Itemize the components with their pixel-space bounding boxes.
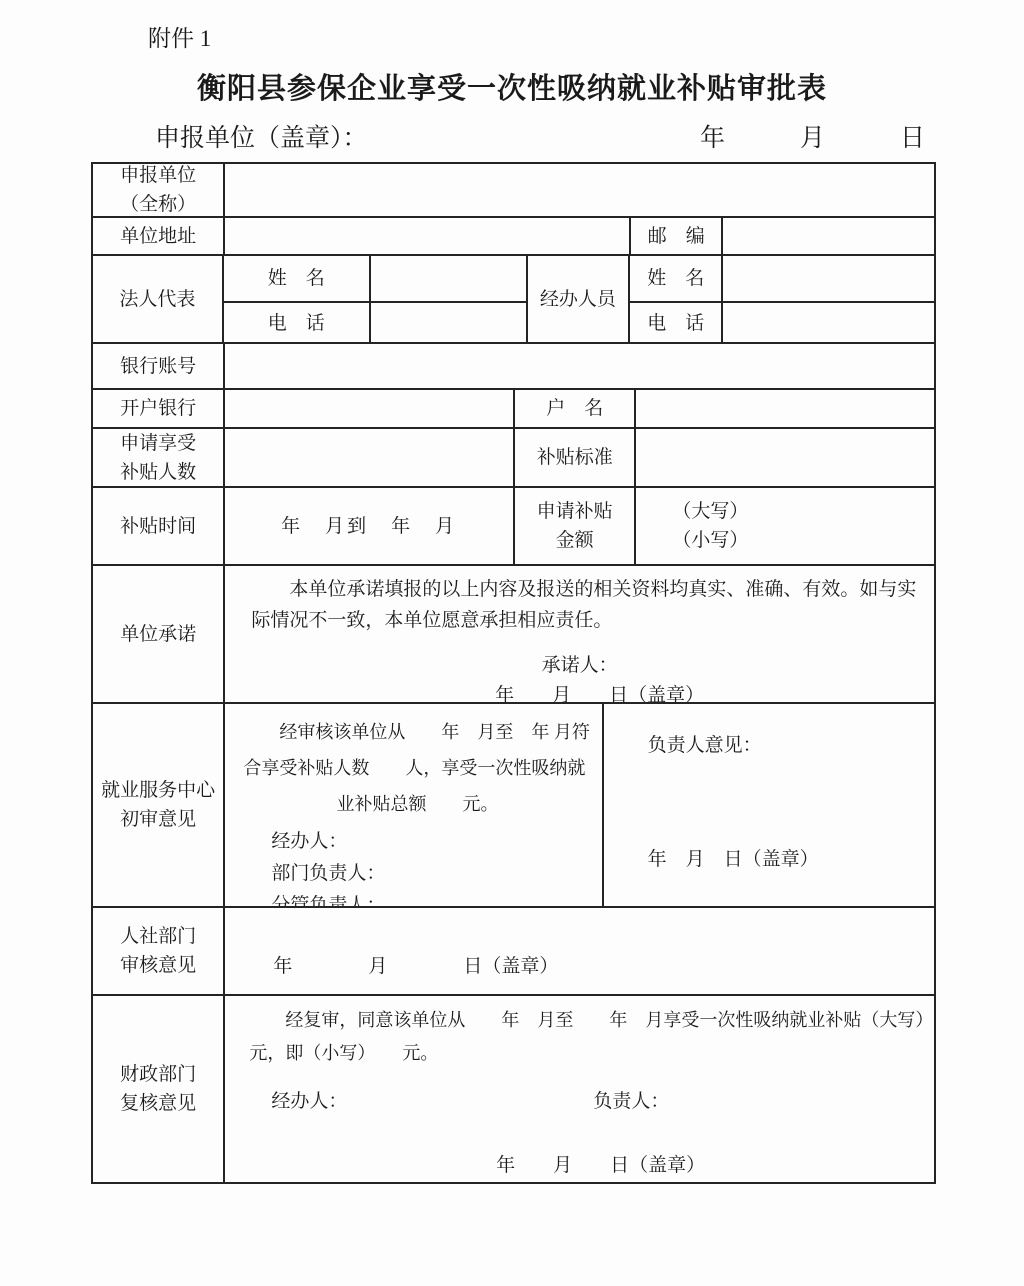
initial-review-opinion-cell: 负责人意见： 年 月 日（盖章） xyxy=(602,704,934,906)
finance-review-date-line: 年 月 日（盖章） xyxy=(225,1150,934,1177)
apply-amount-label-line2: 金额 xyxy=(537,526,613,555)
finance-dept-label-line2: 复核意见 xyxy=(120,1089,196,1118)
legal-rep-name-label: 姓 名 xyxy=(224,256,369,301)
legal-rep-label: 法人代表 xyxy=(93,256,222,342)
row-unit-promise: 单位承诺 本单位承诺填报的以上内容及报送的相关资料均真实、准确、有效。如与实 际… xyxy=(93,564,934,702)
finance-dept-label-line1: 财政部门 xyxy=(120,1060,196,1089)
apply-amount-input-cell: （大写） （小写） xyxy=(634,488,934,564)
initial-review-date-line: 年 月 日（盖章） xyxy=(648,844,819,871)
promise-line1: 本单位承诺填报的以上内容及报送的相关资料均真实、准确、有效。如与实 xyxy=(251,574,908,605)
unit-address-input-cell xyxy=(223,218,629,254)
service-center-label-line2: 初审意见 xyxy=(101,805,215,834)
service-center-label: 就业服务中心 初审意见 xyxy=(93,704,223,906)
handler-name-label: 姓 名 xyxy=(630,256,721,301)
row-initial-review: 就业服务中心 初审意见 经审核该单位从 年 月至 年 月符 合享受补贴人数 人，… xyxy=(93,702,934,906)
row-finance-review: 财政部门 复核意见 经复审，同意该单位从 年 月至 年 月享受一次性吸纳就业补贴… xyxy=(93,994,934,1182)
apply-count-label-line1: 申请享受 xyxy=(120,429,196,458)
hr-review-date-line: 年 月 日（盖章） xyxy=(273,951,558,978)
unit-address-label: 单位地址 xyxy=(93,218,223,254)
form-title: 衡阳县参保企业享受一次性吸纳就业补贴审批表 xyxy=(0,66,1024,107)
apply-count-label: 申请享受 补贴人数 xyxy=(93,429,223,486)
bank-account-input-cell xyxy=(223,344,934,388)
amount-upper-label: （大写） xyxy=(672,497,934,526)
initial-review-signatures: 经办人： 部门负责人： 分管负责人： xyxy=(225,826,601,906)
declare-unit-stamp-label: 申报单位（盖章）： xyxy=(155,125,368,152)
legal-rep-phone-label: 电 话 xyxy=(224,303,369,344)
unit-promise-label: 单位承诺 xyxy=(93,566,223,702)
promise-line2: 际情况不一致，本单位愿意承担相应责任。 xyxy=(251,605,908,636)
finance-handler-label: 经办人： xyxy=(271,1086,347,1113)
apply-count-input-cell xyxy=(223,429,513,486)
finance-review-paragraph: 经复审，同意该单位从 年 月至 年 月享受一次性吸纳就业补贴（大写） 元，即（小… xyxy=(225,996,934,1070)
initial-review-handler-label: 经办人： xyxy=(225,826,601,858)
header-date-line: 年 月 日 xyxy=(700,118,925,154)
legal-rep-phone-input-cell xyxy=(369,303,526,344)
attachment-label: 附件 1 xyxy=(148,20,211,53)
account-name-label: 户 名 xyxy=(513,390,634,427)
hr-dept-label-line2: 审核意见 xyxy=(120,951,196,980)
finance-review-line2: 元，即（小写） 元。 xyxy=(249,1037,928,1070)
bank-label: 开户银行 xyxy=(93,390,223,427)
row-bank-account: 银行账号 xyxy=(93,342,934,388)
subsidy-standard-label: 补贴标准 xyxy=(513,429,634,486)
promise-date-line: 年 月 日（盖章） xyxy=(225,680,934,702)
handler-phone-input-cell xyxy=(721,303,934,344)
promise-signer-label: 承诺人： xyxy=(225,650,934,677)
scanned-form-page: 附件 1 衡阳县参保企业享受一次性吸纳就业补贴审批表 申报单位（盖章）： 年 月… xyxy=(0,0,1024,1286)
bank-input-cell xyxy=(223,390,513,427)
row-subsidy-period: 补贴时间 年 月到 年 月 申请补贴 金额 （大写） （小写） xyxy=(93,486,934,564)
promise-paragraph: 本单位承诺填报的以上内容及报送的相关资料均真实、准确、有效。如与实 际情况不一致… xyxy=(225,566,934,636)
apply-amount-label-line1: 申请补贴 xyxy=(537,497,613,526)
initial-review-line1: 经审核该单位从 年 月至 年 月符 xyxy=(225,714,601,750)
amount-lower-label: （小写） xyxy=(672,526,934,555)
declare-unit-input-cell xyxy=(223,164,934,216)
finance-review-content-cell: 经复审，同意该单位从 年 月至 年 月享受一次性吸纳就业补贴（大写） 元，即（小… xyxy=(223,996,934,1182)
legal-rep-name-input-cell xyxy=(369,256,526,301)
declare-unit-label: 申报单位 （全称） xyxy=(93,164,223,216)
initial-review-line3: 业补贴总额 元。 xyxy=(225,786,601,822)
row-hr-review: 人社部门 审核意见 年 月 日（盖章） xyxy=(93,906,934,994)
row-unit-address: 单位地址 邮 编 xyxy=(93,216,934,254)
subsidy-standard-input-cell xyxy=(634,429,934,486)
approval-table: 申报单位 （全称） 单位地址 邮 编 法人代表 姓 名 电 话 xyxy=(91,162,936,1184)
declare-unit-label-line1: 申报单位 xyxy=(120,161,196,190)
subsidy-period-value: 年 月到 年 月 xyxy=(223,488,513,564)
unit-promise-content-cell: 本单位承诺填报的以上内容及报送的相关资料均真实、准确、有效。如与实 际情况不一致… xyxy=(223,566,934,702)
postcode-input-cell xyxy=(721,218,934,254)
finance-dept-label: 财政部门 复核意见 xyxy=(93,996,223,1182)
declare-unit-label-line2: （全称） xyxy=(120,190,196,219)
subsidy-period-label: 补贴时间 xyxy=(93,488,223,564)
initial-review-dept-head-label: 部门负责人： xyxy=(225,858,601,890)
initial-review-line2: 合享受补贴人数 人，享受一次性吸纳就 xyxy=(225,750,601,786)
legal-rep-subgrid: 姓 名 电 话 xyxy=(222,256,526,342)
service-center-label-line1: 就业服务中心 xyxy=(101,776,215,805)
handler-subgrid: 姓 名 电 话 xyxy=(628,256,934,342)
responsible-opinion-label: 负责人意见： xyxy=(648,730,762,757)
header-line: 申报单位（盖章）： 年 月 日 xyxy=(155,118,934,154)
initial-review-paragraph: 经审核该单位从 年 月至 年 月符 合享受补贴人数 人，享受一次性吸纳就 业补贴… xyxy=(225,704,601,822)
account-name-input-cell xyxy=(634,390,934,427)
handler-phone-label: 电 话 xyxy=(630,303,721,344)
hr-dept-label-line1: 人社部门 xyxy=(120,922,196,951)
initial-review-content-cell: 经审核该单位从 年 月至 年 月符 合享受补贴人数 人，享受一次性吸纳就 业补贴… xyxy=(223,704,601,906)
row-apply-count: 申请享受 补贴人数 补贴标准 xyxy=(93,427,934,486)
row-legal-rep: 法人代表 姓 名 电 话 经办人员 姓 名 电 话 xyxy=(93,254,934,342)
bank-account-label: 银行账号 xyxy=(93,344,223,388)
apply-amount-label: 申请补贴 金额 xyxy=(513,488,634,564)
row-declare-unit: 申报单位 （全称） xyxy=(93,164,934,216)
handler-label: 经办人员 xyxy=(526,256,628,342)
apply-count-label-line2: 补贴人数 xyxy=(120,458,196,487)
initial-review-charge-head-label: 分管负责人： xyxy=(225,890,601,906)
handler-name-input-cell xyxy=(721,256,934,301)
finance-head-label: 负责人： xyxy=(593,1086,669,1113)
hr-dept-label: 人社部门 审核意见 xyxy=(93,908,223,994)
postcode-label: 邮 编 xyxy=(629,218,721,254)
finance-review-line1: 经复审，同意该单位从 年 月至 年 月享受一次性吸纳就业补贴（大写） xyxy=(249,1004,928,1037)
hr-review-content-cell: 年 月 日（盖章） xyxy=(223,908,934,994)
row-bank-name: 开户银行 户 名 xyxy=(93,388,934,427)
